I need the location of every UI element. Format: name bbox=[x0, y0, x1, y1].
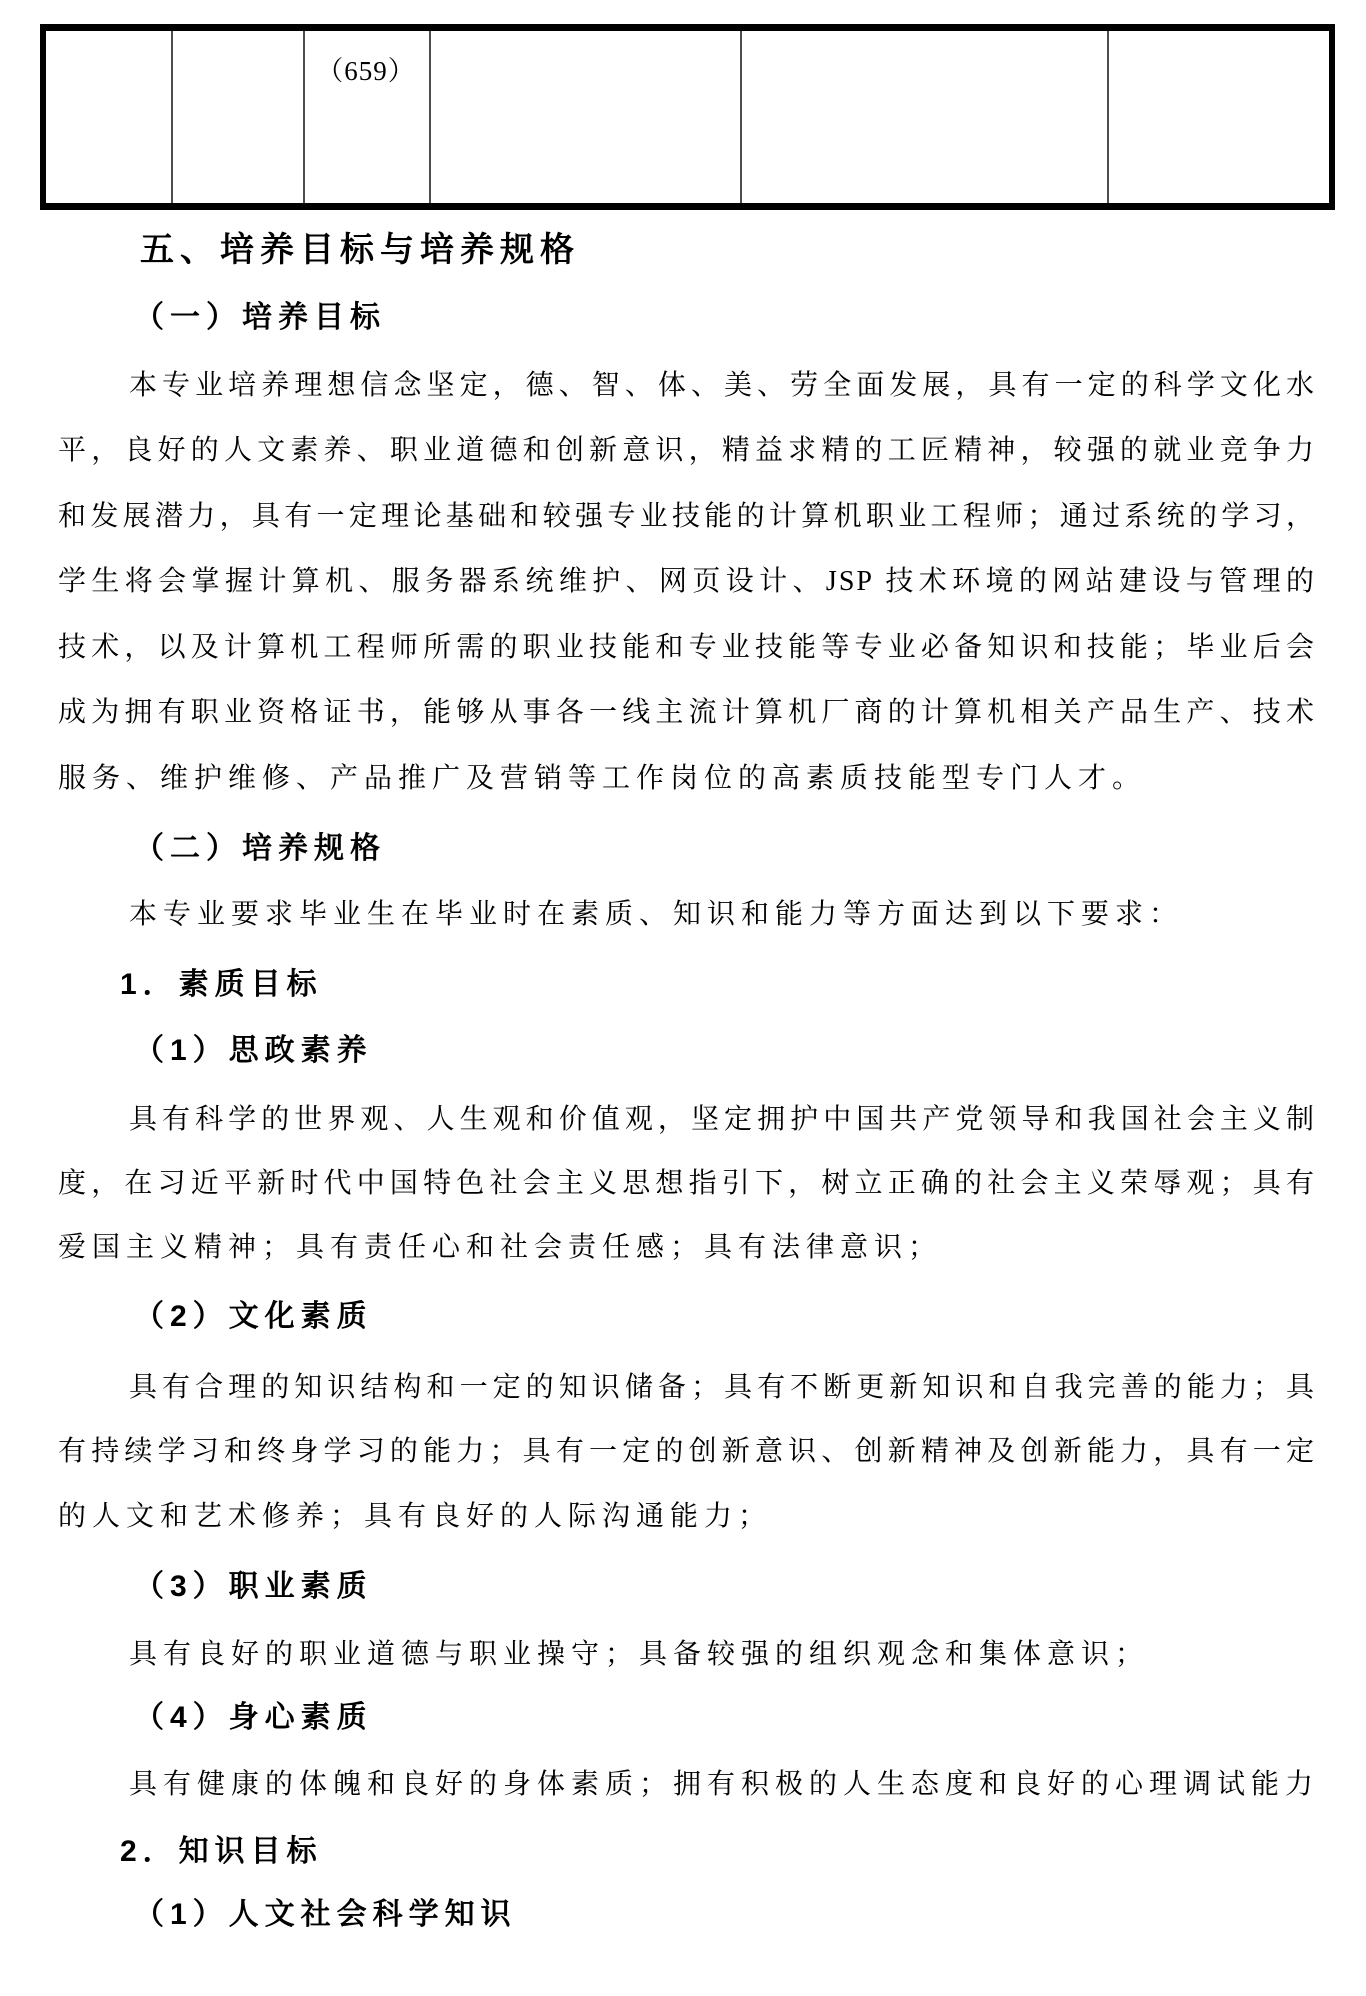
para-goal-line: 平，良好的人文素养、职业道德和创新意识，精益求精的工匠精神，较强的就业竞争力 bbox=[58, 418, 1316, 484]
table-column-divider bbox=[1107, 31, 1109, 203]
document-page: （659） 五、培养目标与培养规格 （一）培养目标 本专业培养理想信念坚定，德、… bbox=[0, 0, 1366, 1996]
subsection-heading-spec: （二）培养规格 bbox=[134, 829, 386, 869]
para-ideology-line: 度，在习近平新时代中国特色社会主义思想指引下，树立正确的社会主义荣辱观；具有 bbox=[58, 1151, 1316, 1217]
course-table-fragment: （659） bbox=[40, 24, 1335, 210]
section-heading-main: 五、培养目标与培养规格 bbox=[140, 226, 580, 274]
subsection-heading-physical: （4）身心素质 bbox=[134, 1698, 373, 1738]
para-culture-line: 具有合理的知识结构和一定的知识储备；具有不断更新知识和自我完善的能力；具 bbox=[58, 1355, 1316, 1421]
subsection-heading-culture: （2）文化素质 bbox=[134, 1297, 373, 1337]
para-goal-line: 本专业培养理想信念坚定，德、智、体、美、劳全面发展，具有一定的科学文化水 bbox=[58, 353, 1316, 419]
para-spec-intro-line: 本专业要求毕业生在毕业时在素质、知识和能力等方面达到以下要求： bbox=[58, 882, 1316, 948]
para-goal-line: 成为拥有职业资格证书，能够从事各一线主流计算机厂商的计算机相关产品生产、技术 bbox=[58, 680, 1316, 746]
para-goal-line: 学生将会掌握计算机、服务器系统维护、网页设计、JSP 技术环境的网站建设与管理的 bbox=[58, 549, 1316, 615]
table-column-divider bbox=[429, 31, 431, 203]
para-professional-line: 具有良好的职业道德与职业操守；具备较强的组织观念和集体意识； bbox=[58, 1622, 1316, 1688]
table-cell-code: （659） bbox=[303, 49, 429, 93]
para-culture-line: 有持续学习和终身学习的能力；具有一定的创新意识、创新精神及创新能力，具有一定 bbox=[58, 1419, 1316, 1485]
para-goal-line: 技术，以及计算机工程师所需的职业技能和专业技能等专业必备知识和技能；毕业后会 bbox=[58, 615, 1316, 681]
para-goal-line: 和发展潜力，具有一定理论基础和较强专业技能的计算机职业工程师；通过系统的学习， bbox=[58, 484, 1316, 550]
subsection-heading-quality-goal: 1．素质目标 bbox=[120, 965, 323, 1005]
subsection-heading-ideology: （1）思政素养 bbox=[134, 1031, 373, 1071]
subsection-heading-knowledge-goal: 2．知识目标 bbox=[120, 1832, 323, 1872]
subsection-heading-goal: （一）培养目标 bbox=[134, 298, 386, 338]
para-physical-line: 具有健康的体魄和良好的身体素质；拥有积极的人生态度和良好的心理调试能力； bbox=[58, 1752, 1316, 1818]
para-goal-line: 服务、维护维修、产品推广及营销等工作岗位的高素质技能型专门人才。 bbox=[58, 746, 1316, 812]
para-ideology-line: 具有科学的世界观、人生观和价值观，坚定拥护中国共产党领导和我国社会主义制 bbox=[58, 1087, 1316, 1153]
subsection-heading-humanities: （1）人文社会科学知识 bbox=[134, 1895, 517, 1935]
para-culture-line: 的人文和艺术修养；具有良好的人际沟通能力； bbox=[58, 1484, 1316, 1550]
subsection-heading-professional: （3）职业素质 bbox=[134, 1567, 373, 1607]
table-column-divider bbox=[740, 31, 742, 203]
para-ideology-line: 爱国主义精神；具有责任心和社会责任感；具有法律意识； bbox=[58, 1215, 1316, 1281]
table-column-divider bbox=[171, 31, 173, 203]
